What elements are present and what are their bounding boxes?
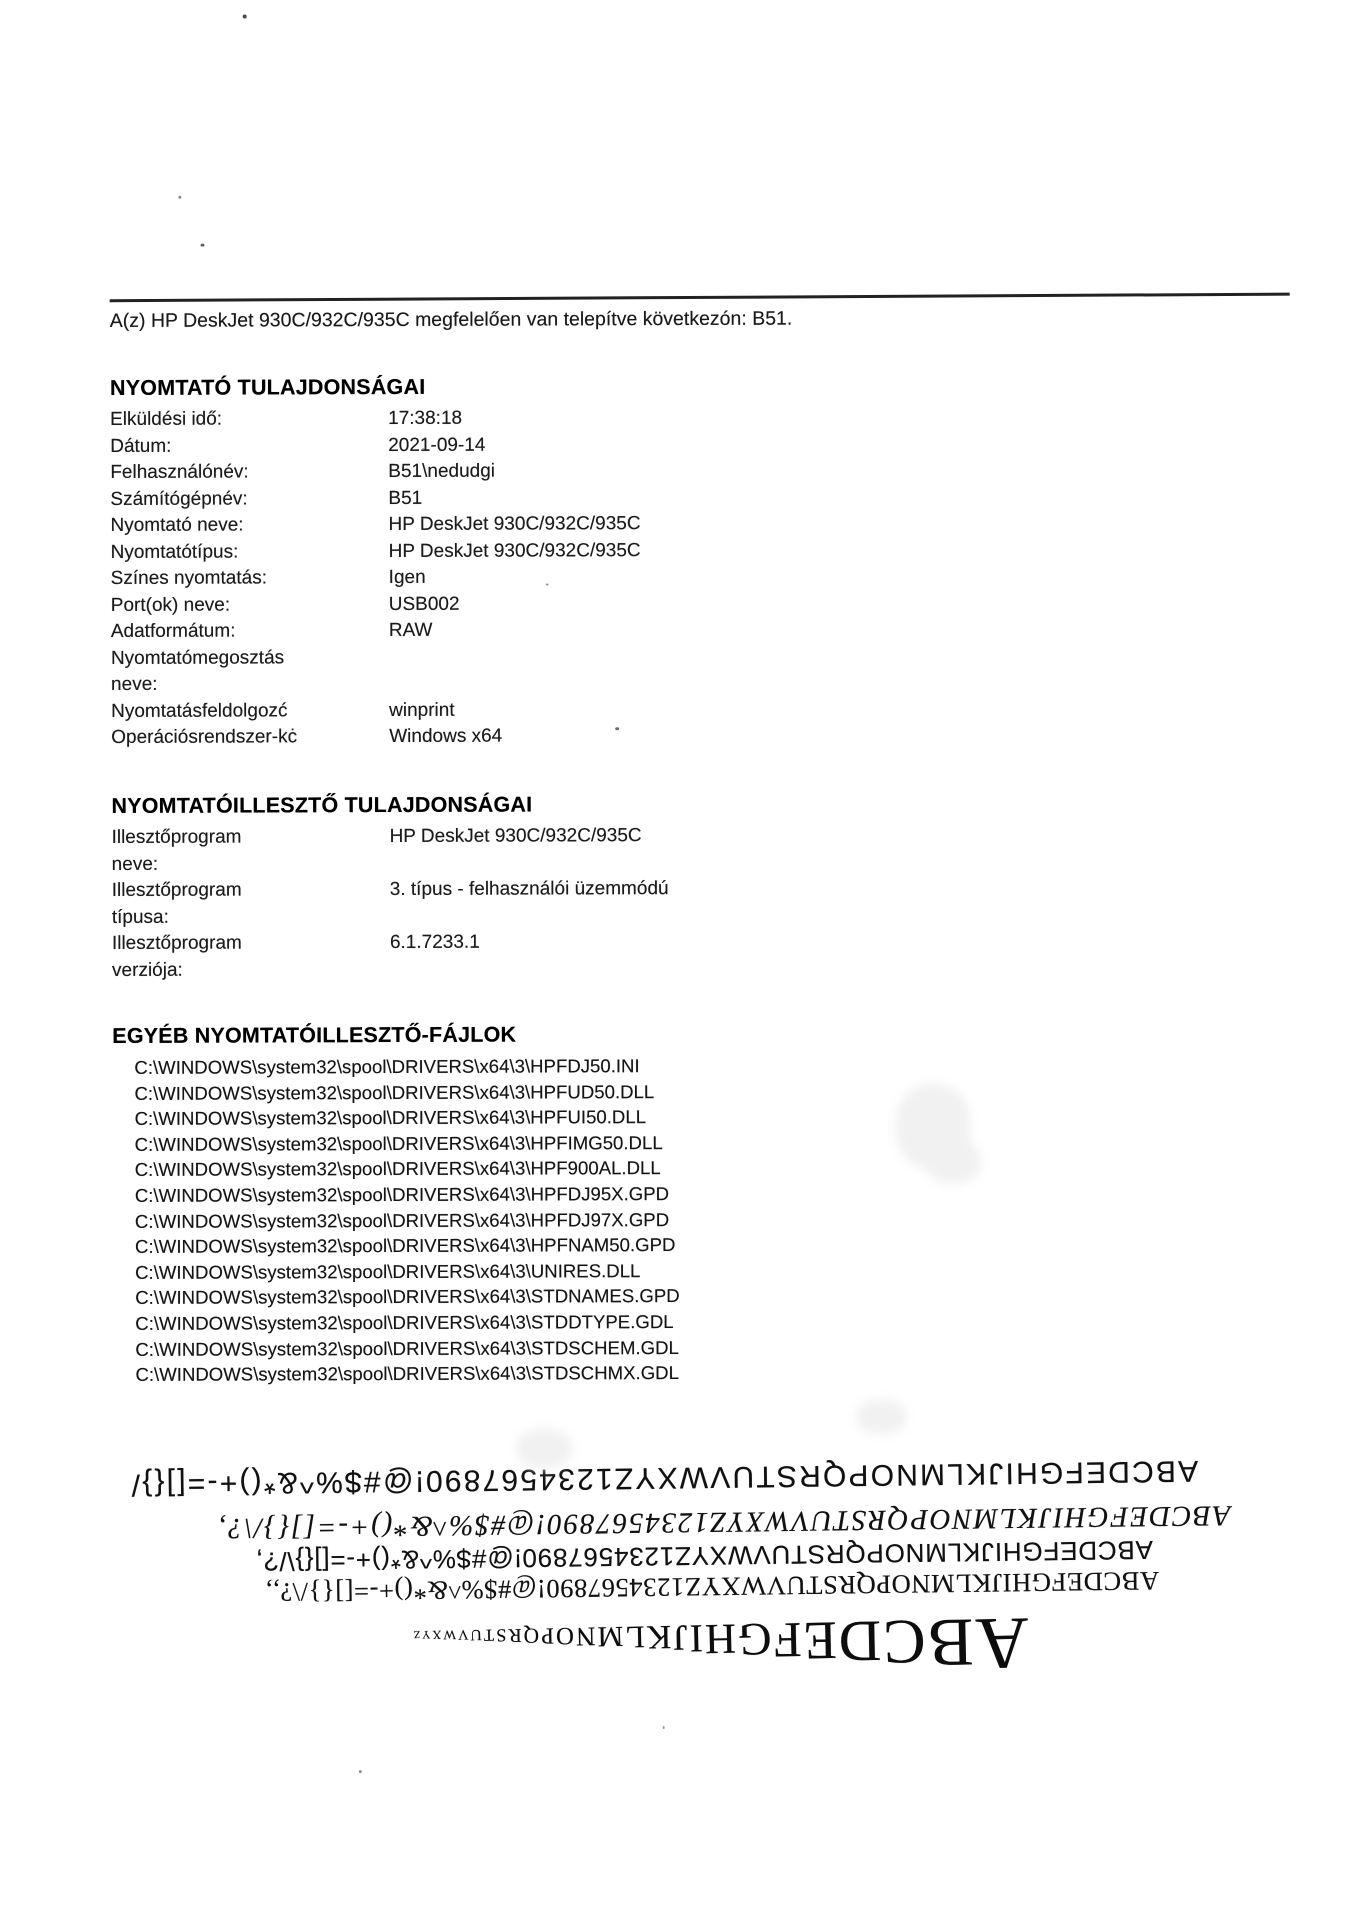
- scan-smudge: [926, 1139, 981, 1184]
- property-value: 6.1.7233.1: [390, 930, 480, 957]
- section-driver-properties: NYOMTATÓILLESZTŐ TULAJDONSÁGAI Illesztőp…: [111, 792, 668, 984]
- property-value: RAW: [389, 618, 433, 645]
- driver-file-path: C:\WINDOWS\system32\spool\DRIVERS\x64\3\…: [135, 1130, 680, 1157]
- font-sample-line-sans-large: ABCDEFGHIJKLMNOPQRSTUVWXYZ1234567890!@#$…: [129, 1453, 1198, 1501]
- property-value: HP DeskJet 930C/932C/935C: [388, 511, 640, 538]
- property-value: HP DeskJet 930C/932C/935C: [390, 823, 642, 850]
- property-label: Dátum:: [110, 433, 388, 460]
- install-confirmation-text: A(z) HP DeskJet 930C/932C/935C megfelelő…: [110, 308, 793, 333]
- driver-file-path: C:\WINDOWS\system32\spool\DRIVERS\x64\3\…: [134, 1053, 679, 1080]
- property-label: Illesztőprogramverziója:: [112, 930, 390, 984]
- property-label: Számítógépnév:: [110, 486, 388, 513]
- section-printer-properties: NYOMTATÓ TULAJDONSÁGAI Elküldési idő:17:…: [110, 374, 641, 751]
- property-label: Színes nyomtatás:: [111, 565, 389, 592]
- property-value: HP DeskJet 930C/932C/935C: [389, 538, 641, 565]
- property-label: Adatformátum:: [111, 618, 389, 645]
- font-sample-alphabet-scaled: ABCDEFGHIJKLMNOPQRSTUVWXYZ: [411, 1605, 1029, 1692]
- section-title-other-driver-files: EGYÉB NYOMTATÓILLESZTŐ-FÁJLOK: [112, 1022, 679, 1049]
- scan-speck: [200, 244, 204, 247]
- driver-file-path: C:\WINDOWS\system32\spool\DRIVERS\x64\3\…: [135, 1155, 680, 1182]
- driver-file-path: C:\WINDOWS\system32\spool\DRIVERS\x64\3\…: [135, 1258, 680, 1285]
- driver-file-path: C:\WINDOWS\system32\spool\DRIVERS\x64\3\…: [135, 1207, 680, 1234]
- property-value: B51\nedudgi: [388, 459, 495, 486]
- scan-speck: [243, 14, 247, 18]
- horizontal-rule: [110, 293, 1290, 303]
- property-label: Operációsrendszer-kċ: [111, 724, 389, 751]
- printer-properties-rows: Elküldési idő:17:38:18Dátum:2021-09-14Fe…: [110, 405, 641, 751]
- property-label: Nyomtatómegosztásneve:: [111, 645, 389, 699]
- property-row: Színes nyomtatás:Igen: [111, 564, 641, 592]
- property-label: Illesztőprogramneve:: [112, 824, 390, 878]
- scan-speck: [359, 1770, 362, 1773]
- driver-file-path: C:\WINDOWS\system32\spool\DRIVERS\x64\3\…: [135, 1232, 680, 1259]
- scan-speck: [546, 583, 549, 585]
- property-value: 2021-09-14: [388, 432, 485, 459]
- driver-file-path: C:\WINDOWS\system32\spool\DRIVERS\x64\3\…: [135, 1283, 680, 1310]
- property-row: Operációsrendszer-kċWindows x64: [111, 723, 641, 751]
- driver-file-path: C:\WINDOWS\system32\spool\DRIVERS\x64\3\…: [135, 1181, 680, 1208]
- property-row: Adatformátum:RAW: [111, 617, 641, 645]
- property-row: Nyomtatásfeldolgozćwinprint: [111, 697, 641, 725]
- property-value: USB002: [389, 591, 460, 618]
- property-value: winprint: [389, 697, 455, 724]
- scan-speck: [178, 196, 181, 199]
- property-row: Illesztőprogramtípusa:3. típus - felhasz…: [112, 876, 669, 931]
- driver-file-path: C:\WINDOWS\system32\spool\DRIVERS\x64\3\…: [135, 1309, 680, 1336]
- printer-test-page-scan: A(z) HP DeskJet 930C/932C/935C megfelelő…: [0, 0, 1355, 1920]
- section-other-driver-files: EGYÉB NYOMTATÓILLESZTŐ-FÁJLOK C:\WINDOWS…: [112, 1022, 680, 1388]
- scan-speck: [615, 727, 619, 730]
- driver-file-path: C:\WINDOWS\system32\spool\DRIVERS\x64\3\…: [135, 1104, 680, 1131]
- property-row: Felhasználónév:B51\nedudgi: [110, 458, 640, 486]
- property-value: 3. típus - felhasználói üzemmódú: [390, 876, 669, 903]
- property-row: Elküldési idő:17:38:18: [110, 405, 640, 433]
- property-value: 17:38:18: [388, 406, 462, 433]
- property-label: Nyomtatótípus:: [111, 539, 389, 566]
- property-row: Dátum:2021-09-14: [110, 432, 640, 460]
- section-title-driver-properties: NYOMTATÓILLESZTŐ TULAJDONSÁGAI: [111, 792, 668, 819]
- property-row: Illesztőprogramneve:HP DeskJet 930C/932C…: [112, 823, 669, 878]
- property-label: Nyomtató neve:: [110, 512, 388, 539]
- driver-properties-rows: Illesztőprogramneve:HP DeskJet 930C/932C…: [112, 823, 669, 984]
- property-row: Számítógépnév:B51: [110, 485, 640, 513]
- property-row: Nyomtatómegosztásneve:: [111, 644, 641, 699]
- driver-file-path: C:\WINDOWS\system32\spool\DRIVERS\x64\3\…: [135, 1335, 680, 1362]
- property-row: Port(ok) neve:USB002: [111, 591, 641, 619]
- property-value: Igen: [389, 565, 426, 592]
- property-row: Nyomtatótípus:HP DeskJet 930C/932C/935C: [111, 538, 641, 566]
- property-label: Nyomtatásfeldolgozć: [111, 698, 389, 725]
- property-label: Elküldési idő:: [110, 406, 388, 433]
- property-row: Nyomtató neve:HP DeskJet 930C/932C/935C: [110, 511, 640, 539]
- property-label: Illesztőprogramtípusa:: [112, 877, 390, 931]
- property-label: Felhasználónév:: [110, 459, 388, 486]
- property-row: Illesztőprogramverziója:6.1.7233.1: [112, 929, 669, 984]
- scan-speck: [422, 448, 424, 450]
- section-title-printer-properties: NYOMTATÓ TULAJDONSÁGAI: [110, 374, 640, 401]
- driver-file-path: C:\WINDOWS\system32\spool\DRIVERS\x64\3\…: [134, 1079, 679, 1106]
- scan-smudge: [857, 1399, 907, 1434]
- scan-speck: [663, 1726, 665, 1729]
- property-value: B51: [388, 485, 422, 512]
- property-label: Port(ok) neve:: [111, 592, 389, 619]
- driver-file-list: C:\WINDOWS\system32\spool\DRIVERS\x64\3\…: [112, 1053, 680, 1388]
- property-value: Windows x64: [389, 724, 502, 751]
- driver-file-path: C:\WINDOWS\system32\spool\DRIVERS\x64\3\…: [135, 1360, 680, 1387]
- scan-smudge: [517, 1428, 572, 1468]
